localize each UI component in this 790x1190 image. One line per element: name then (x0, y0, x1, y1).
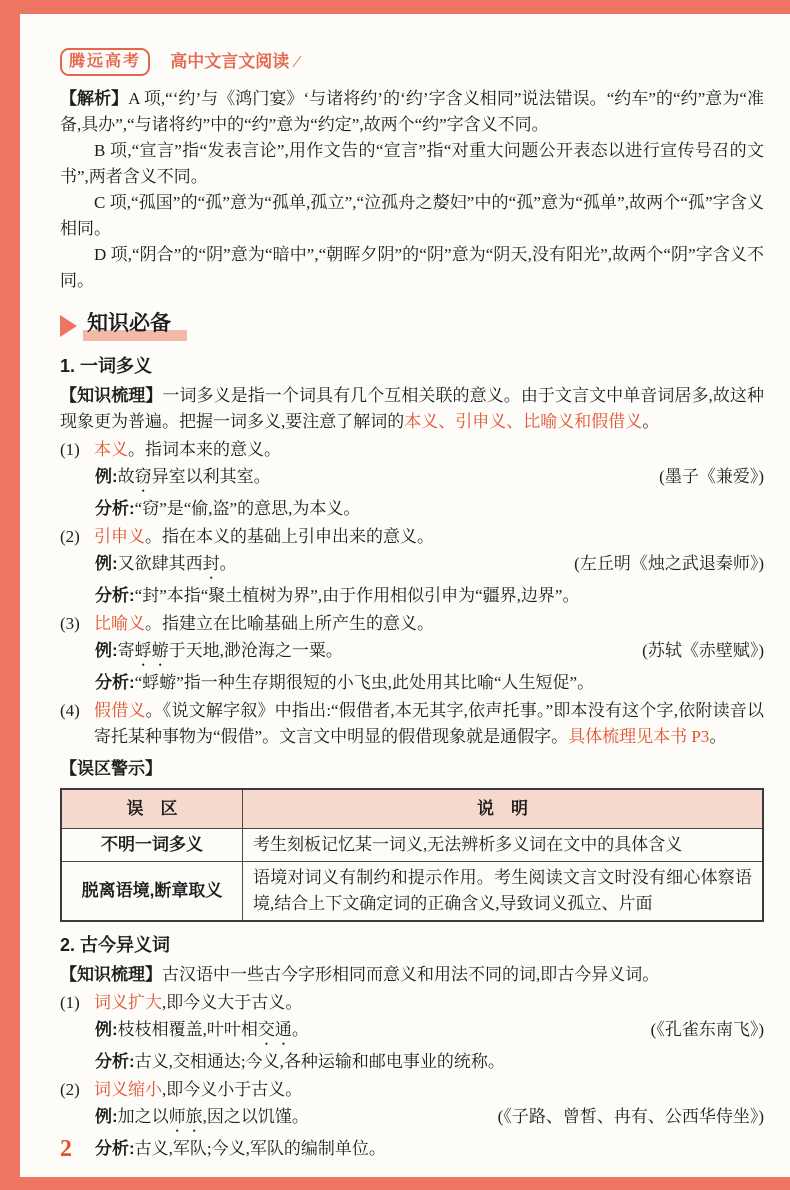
example-text: 寄 (118, 641, 135, 660)
cross-reference: 具体梳理见本书 P3 (568, 727, 709, 746)
list-item: (4)假借义。《说文解字叙》中指出:“假借者,本无其字,依声托事。”即本没有这个… (60, 698, 764, 750)
example-sentence: 例:枝枝相覆盖,叶叶相交通。 (95, 1017, 309, 1049)
analysis-section: 【解析】A 项,“‘约’与《鸿门宴》‘与诸将约’的‘约’字含义相同”说法错误。“… (60, 86, 764, 294)
page-header: 腾远高考 高中文言文阅读 ⁄ (60, 48, 764, 76)
item-term: 词义缩小 (94, 1080, 162, 1099)
analysis-line: 分析:古义,交相通达;今义,各种运输和邮电事业的统称。 (95, 1049, 764, 1075)
section-number: 1. (60, 356, 75, 376)
emphasized-word: 交通 (258, 1020, 292, 1039)
example-line: 例:加之以师旅,因之以饥馑。 (《子路、曾皙、冉有、公西华侍坐》) (95, 1104, 764, 1136)
analysis-line: 分析:“封”本指“聚土植树为界”,由于作用相似引申为“疆界,边界”。 (95, 583, 764, 609)
pitfall-label-text: 【误区警示】 (60, 759, 162, 778)
analysis-line-text: “蜉蝣”指一种生存期很短的小飞虫,此处用其比喻“人生短促”。 (135, 673, 594, 692)
item-number: (1) (60, 990, 80, 1016)
example-label: 例: (95, 467, 118, 486)
table-row: 不明一词多义 考生刻板记忆某一词义,无法辨析多义词在文中的具体含义 (61, 829, 763, 862)
analysis-line-label: 分析: (95, 673, 135, 692)
item-number: (1) (60, 437, 80, 463)
section-title-text: 古今异义词 (80, 935, 170, 955)
example-sentence: 例:又欲肆其西封。 (95, 551, 237, 583)
table-cell-explanation: 考生刻板记忆某一词义,无法辨析多义词在文中的具体含义 (243, 829, 764, 862)
item-desc: 。指建立在比喻基础上所产生的意义。 (145, 614, 434, 633)
example-label: 例: (95, 641, 118, 660)
list-item: (2)引申义。指在本义的基础上引申出来的意义。 (60, 524, 764, 550)
section-title-text: 一词多义 (80, 356, 152, 376)
example-block: 例:又欲肆其西封。 (左丘明《烛之武退秦师》) 分析:“封”本指“聚土植树为界”… (60, 551, 764, 609)
analysis-line-label: 分析: (95, 1139, 135, 1158)
table-header-cell: 说 明 (243, 789, 764, 829)
emphasized-word: 蜉蝣 (135, 641, 169, 660)
table-cell-pitfall: 不明一词多义 (61, 829, 243, 862)
review-label: 【知识梳理】 (60, 386, 162, 405)
analysis-line: 分析:古义,军队;今义,军队的编制单位。 (95, 1136, 764, 1162)
list-item: (1)词义扩大,即今义大于古义。 (60, 990, 764, 1016)
analysis-paragraph: 【解析】A 项,“‘约’与《鸿门宴》‘与诸将约’的‘约’字含义相同”说法错误。“… (60, 86, 764, 138)
analysis-line-text: “窃”是“偷,盗”的意思,为本义。 (135, 499, 361, 518)
example-label: 例: (95, 1020, 118, 1039)
example-source: (《孔雀东南飞》) (651, 1017, 764, 1043)
table-cell-explanation: 语境对词义有制约和提示作用。考生阅读文言文时没有细心体察语境,结合上下文确定词的… (243, 862, 764, 922)
item-term: 假借义 (94, 701, 146, 720)
emphasized-word: 窃 (135, 467, 152, 486)
item-number: (3) (60, 611, 80, 637)
example-source: (《子路、曾皙、冉有、公西华侍坐》) (498, 1104, 764, 1130)
flourish-stroke-icon: ⁄ (296, 52, 299, 71)
example-text: 于天地,渺沧海之一粟。 (169, 641, 343, 660)
brand-logo: 腾远高考 (60, 48, 150, 76)
item-term: 本义 (94, 440, 128, 459)
analysis-paragraph: C 项,“孤国”的“孤”意为“孤单,孤立”,“泣孤舟之嫠妇”中的“孤”意为“孤单… (60, 190, 764, 242)
list-item: (2)词义缩小,即今义小于古义。 (60, 1077, 764, 1103)
table-header-row: 误 区 说 明 (61, 789, 763, 829)
emphasized-word: 师旅 (169, 1107, 203, 1126)
item-desc: ,即今义小于古义。 (162, 1080, 302, 1099)
example-text: 枝枝相覆盖,叶叶相 (118, 1020, 258, 1039)
example-text: 异室以利其室。 (152, 467, 271, 486)
section-ancient-modern: 2. 古今异义词 【知识梳理】古汉语中一些古今字形相同而意义和用法不同的词,即古… (60, 932, 764, 1162)
review-text-end: 。 (642, 412, 659, 431)
emphasized-word: 封 (203, 554, 220, 573)
example-block: 例:加之以师旅,因之以饥馑。 (《子路、曾皙、冉有、公西华侍坐》) 分析:古义,… (60, 1104, 764, 1162)
analysis-line: 分析:“窃”是“偷,盗”的意思,为本义。 (95, 496, 764, 522)
analysis-line-label: 分析: (95, 499, 135, 518)
review-label: 【知识梳理】 (60, 965, 162, 984)
example-source: (苏轼《赤壁赋》) (642, 638, 764, 664)
knowledge-heading-label: 知识必备 (83, 310, 187, 341)
item-desc: 。指在本义的基础上引申出来的意义。 (145, 527, 434, 546)
table-row: 脱离语境,断章取义 语境对词义有制约和提示作用。考生阅读文言文时没有细心体察语境… (61, 862, 763, 922)
analysis-label: 【解析】 (60, 89, 128, 108)
example-block: 例:寄蜉蝣于天地,渺沧海之一粟。 (苏轼《赤壁赋》) 分析:“蜉蝣”指一种生存期… (60, 638, 764, 696)
list-item: (1)本义。指词本来的意义。 (60, 437, 764, 463)
example-text: 。 (220, 554, 237, 573)
example-block: 例:故窃异室以利其室。 (墨子《兼爱》) 分析:“窃”是“偷,盗”的意思,为本义… (60, 464, 764, 522)
analysis-line-text: 古义,交相通达;今义,各种运输和邮电事业的统称。 (135, 1052, 505, 1071)
pitfall-label: 【误区警示】 (60, 756, 764, 782)
pitfall-section: 【误区警示】 误 区 说 明 不明一词多义 考生刻板记忆某一词义,无法辨析多义词… (60, 756, 764, 922)
item-number: (2) (60, 524, 80, 550)
example-text: 。 (292, 1020, 309, 1039)
example-source: (左丘明《烛之武退秦师》) (574, 551, 764, 577)
item-term: 引申义 (94, 527, 145, 546)
example-text: ,因之以饥馑。 (203, 1107, 309, 1126)
page-content: 腾远高考 高中文言文阅读 ⁄ 【解析】A 项,“‘约’与《鸿门宴》‘与诸将约’的… (20, 14, 790, 1162)
section-title: 1. 一词多义 (60, 353, 764, 379)
analysis-text: A 项,“‘约’与《鸿门宴》‘与诸将约’的‘约’字含义相同”说法错误。“约车”的… (60, 89, 764, 134)
example-line: 例:又欲肆其西封。 (左丘明《烛之武退秦师》) (95, 551, 764, 583)
item-term: 比喻义 (94, 614, 145, 633)
item-desc-end: 。 (709, 727, 726, 746)
table-header-cell: 误 区 (61, 789, 243, 829)
review-highlight-text: 本义、引申义、比喻义和假借义 (404, 412, 642, 431)
review-text: 古汉语中一些古今字形相同而意义和用法不同的词,即古今异义词。 (162, 965, 659, 984)
analysis-line: 分析:“蜉蝣”指一种生存期很短的小飞虫,此处用其比喻“人生短促”。 (95, 670, 764, 696)
review-paragraph: 【知识梳理】古汉语中一些古今字形相同而意义和用法不同的词,即古今异义词。 (60, 962, 764, 988)
example-line: 例:故窃异室以利其室。 (墨子《兼爱》) (95, 464, 764, 496)
page-header-title: 高中文言文阅读 (170, 52, 289, 71)
example-source: (墨子《兼爱》) (659, 464, 764, 490)
table-cell-pitfall: 脱离语境,断章取义 (61, 862, 243, 922)
analysis-paragraph: B 项,“宣言”指“发表言论”,用作文告的“宣言”指“对重大问题公开表态以进行宣… (60, 138, 764, 190)
example-text: 故 (118, 467, 135, 486)
example-sentence: 例:加之以师旅,因之以饥馑。 (95, 1104, 309, 1136)
page: 腾远高考 高中文言文阅读 ⁄ 【解析】A 项,“‘约’与《鸿门宴》‘与诸将约’的… (20, 14, 790, 1177)
item-desc: ,即今义大于古义。 (162, 993, 302, 1012)
item-term: 词义扩大 (94, 993, 162, 1012)
item-desc: 。指词本来的意义。 (128, 440, 281, 459)
knowledge-heading: 知识必备 (60, 310, 764, 341)
analysis-line-text: 古义,军队;今义,军队的编制单位。 (135, 1139, 386, 1158)
example-label: 例: (95, 1107, 118, 1126)
example-line: 例:寄蜉蝣于天地,渺沧海之一粟。 (苏轼《赤壁赋》) (95, 638, 764, 670)
item-number: (2) (60, 1077, 80, 1103)
example-block: 例:枝枝相覆盖,叶叶相交通。 (《孔雀东南飞》) 分析:古义,交相通达;今义,各… (60, 1017, 764, 1075)
section-title: 2. 古今异义词 (60, 932, 764, 958)
section-polysemy: 1. 一词多义 【知识梳理】一词多义是指一个词具有几个互相关联的意义。由于文言文… (60, 353, 764, 750)
list-item: (3)比喻义。指建立在比喻基础上所产生的意义。 (60, 611, 764, 637)
triangle-arrow-icon (60, 315, 77, 337)
analysis-line-label: 分析: (95, 586, 135, 605)
review-paragraph: 【知识梳理】一词多义是指一个词具有几个互相关联的意义。由于文言文中单音词居多,故… (60, 383, 764, 435)
example-sentence: 例:故窃异室以利其室。 (95, 464, 271, 496)
example-text: 又欲肆其西 (118, 554, 203, 573)
analysis-paragraph: D 项,“阴合”的“阴”意为“暗中”,“朝晖夕阴”的“阴”意为“阴天,没有阳光”… (60, 242, 764, 294)
example-text: 加之以 (118, 1107, 169, 1126)
page-number: 2 (60, 1136, 72, 1163)
analysis-line-label: 分析: (95, 1052, 135, 1071)
pitfall-table: 误 区 说 明 不明一词多义 考生刻板记忆某一词义,无法辨析多义词在文中的具体含… (60, 788, 764, 922)
item-number: (4) (60, 698, 80, 724)
example-sentence: 例:寄蜉蝣于天地,渺沧海之一粟。 (95, 638, 343, 670)
section-number: 2. (60, 935, 75, 955)
analysis-line-text: “封”本指“聚土植树为界”,由于作用相似引申为“疆界,边界”。 (135, 586, 580, 605)
example-line: 例:枝枝相覆盖,叶叶相交通。 (《孔雀东南飞》) (95, 1017, 764, 1049)
example-label: 例: (95, 554, 118, 573)
